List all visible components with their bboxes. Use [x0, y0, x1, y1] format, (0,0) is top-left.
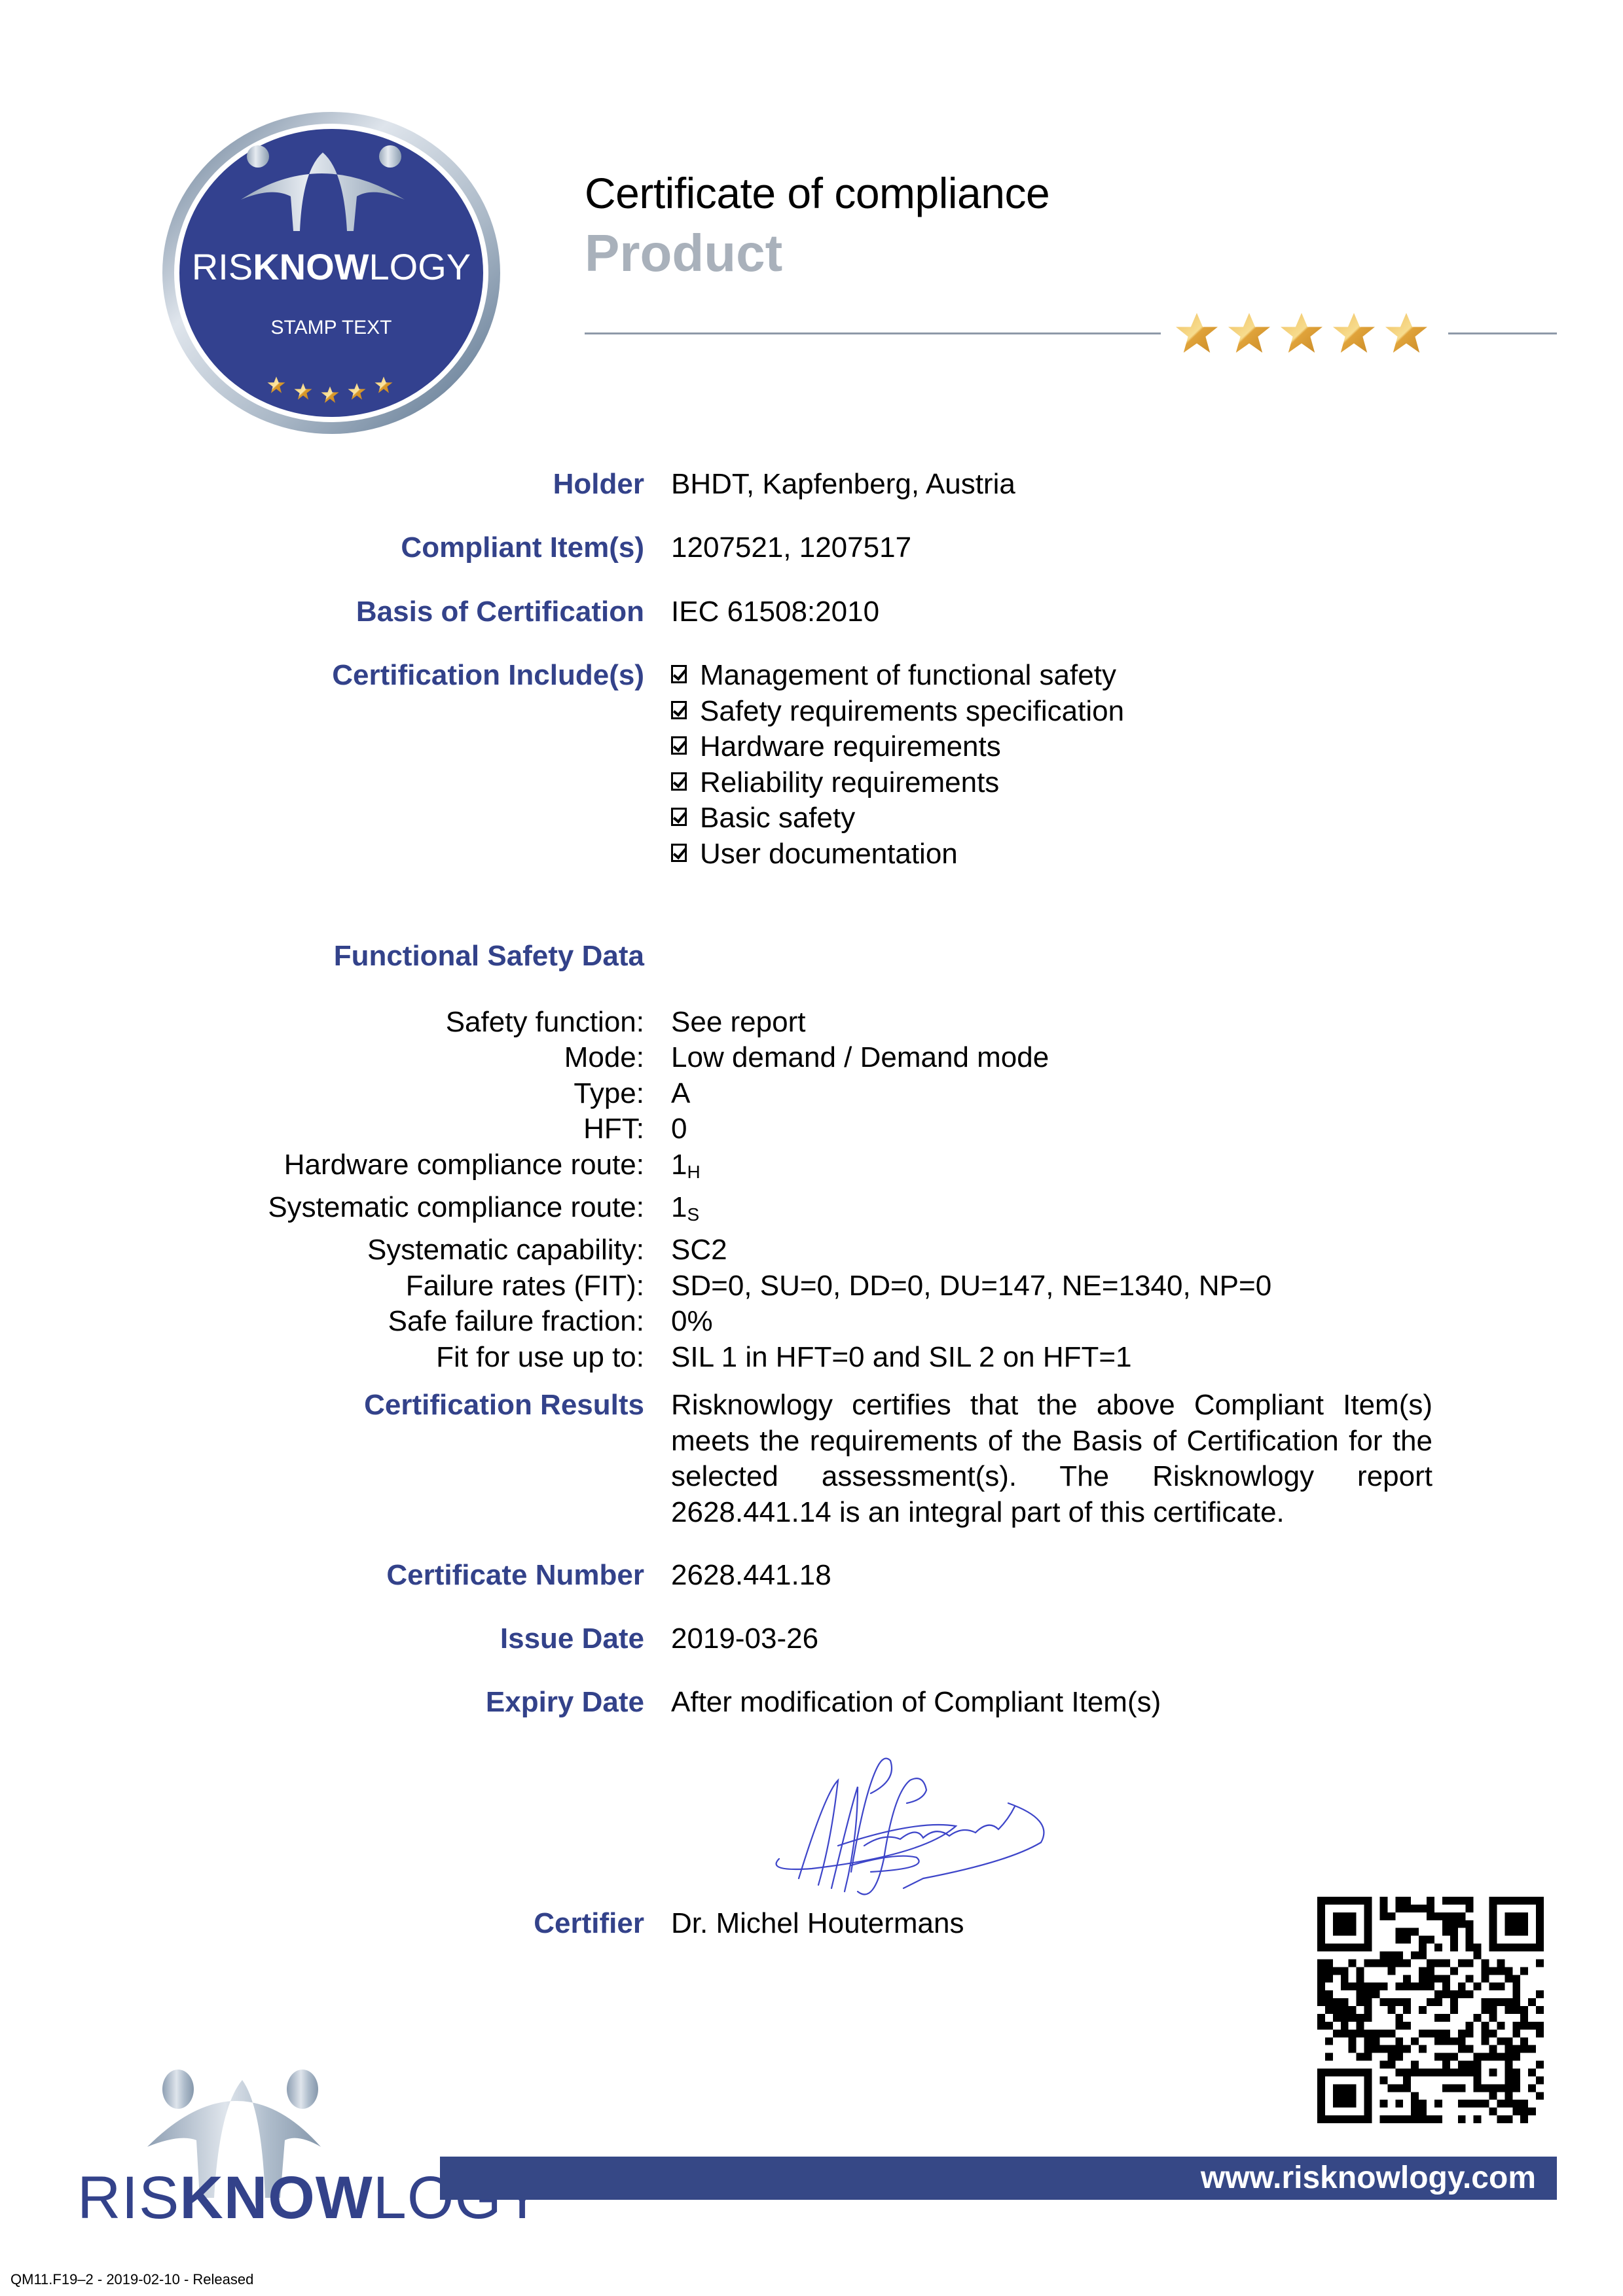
expiry-date-row: Expiry Date After modification of Compli…	[0, 1685, 1623, 1720]
includes-item-label: Hardware requirements	[700, 729, 1001, 765]
functional-safety-value: A	[671, 1076, 690, 1111]
checked-box-icon	[671, 772, 687, 791]
signature-scribble-icon	[759, 1741, 1074, 1905]
compliant-items-row: Compliant Item(s) 1207521, 1207517	[0, 530, 1623, 565]
issue-date-label: Issue Date	[0, 1621, 644, 1657]
includes-item-label: Safety requirements specification	[700, 694, 1124, 730]
includes-item: Management of functional safety	[671, 658, 1124, 694]
qr-code[interactable]	[1317, 1897, 1544, 2123]
includes-item-label: Reliability requirements	[700, 765, 999, 801]
checked-box-icon	[671, 665, 687, 683]
functional-safety-key: HFT:	[0, 1111, 644, 1147]
functional-safety-row: Systematic compliance route:1S	[0, 1190, 1271, 1232]
basis-value: IEC 61508:2010	[671, 594, 879, 630]
title-block: Certificate of compliance Product	[585, 167, 1049, 283]
includes-item: User documentation	[671, 836, 1124, 872]
functional-safety-row: Systematic capability:SC2	[0, 1232, 1271, 1268]
includes-item-label: User documentation	[700, 836, 958, 872]
includes-item: Hardware requirements	[671, 729, 1124, 765]
results-value: Risknowlogy certifies that the above Com…	[671, 1388, 1432, 1530]
svg-text:RISKNOWLOGY: RISKNOWLOGY	[192, 246, 471, 287]
includes-checklist: Management of functional safetySafety re…	[671, 658, 1124, 872]
header-divider-left	[585, 332, 1161, 334]
issue-date-value: 2019-03-26	[671, 1621, 818, 1657]
includes-item: Basic safety	[671, 800, 1124, 836]
star-icon	[1280, 312, 1323, 355]
functional-safety-key: Mode:	[0, 1040, 644, 1075]
certifier-label: Certifier	[0, 1906, 644, 1941]
certificate-title: Certificate of compliance	[585, 167, 1049, 219]
star-icon	[1228, 312, 1271, 355]
website-banner: www.risknowlogy.com	[440, 2157, 1557, 2200]
functional-safety-value: Low demand / Demand mode	[671, 1040, 1049, 1075]
functional-safety-heading: Functional Safety Data	[0, 939, 644, 974]
seal-graphic: RISKNOWLOGY STAMP TEXT	[157, 108, 505, 439]
functional-safety-value: 0%	[671, 1304, 713, 1339]
includes-label: Certification Include(s)	[0, 658, 644, 693]
star-icon	[1175, 312, 1218, 355]
checked-box-icon	[671, 808, 687, 826]
expiry-date-value: After modification of Compliant Item(s)	[671, 1685, 1161, 1720]
includes-item-label: Basic safety	[700, 800, 855, 836]
functional-safety-key: Type:	[0, 1076, 644, 1111]
functional-safety-row: Type:A	[0, 1076, 1271, 1111]
functional-safety-key: Systematic compliance route:	[0, 1190, 644, 1232]
certifier-signature	[759, 1741, 1074, 1905]
risknowlogy-seal: RISKNOWLOGY STAMP TEXT	[157, 108, 505, 439]
star-icon	[1385, 312, 1428, 355]
includes-item: Safety requirements specification	[671, 694, 1124, 730]
holder-label: Holder	[0, 467, 644, 502]
certificate-number-row: Certificate Number 2628.441.18	[0, 1558, 1623, 1593]
certificate-number-value: 2628.441.18	[671, 1558, 831, 1593]
includes-item: Reliability requirements	[671, 765, 1124, 801]
expiry-date-label: Expiry Date	[0, 1685, 644, 1720]
functional-safety-key: Safe failure fraction:	[0, 1304, 644, 1339]
functional-safety-key: Fit for use up to:	[0, 1340, 644, 1375]
functional-safety-value: SD=0, SU=0, DD=0, DU=147, NE=1340, NP=0	[671, 1268, 1271, 1304]
compliant-items-label: Compliant Item(s)	[0, 530, 644, 565]
compliant-items-value: 1207521, 1207517	[671, 530, 911, 565]
functional-safety-row: Safety function:See report	[0, 1005, 1271, 1040]
functional-safety-key: Safety function:	[0, 1005, 644, 1040]
includes-row: Certification Include(s) Management of f…	[0, 658, 1623, 693]
functional-safety-key: Hardware compliance route:	[0, 1147, 644, 1190]
functional-safety-value: 1S	[671, 1190, 699, 1232]
star-icon	[1332, 312, 1376, 355]
rating-stars	[1175, 312, 1437, 355]
functional-safety-row: Safe failure fraction:0%	[0, 1304, 1271, 1339]
stamp-text: STAMP TEXT	[270, 317, 392, 338]
holder-value: BHDT, Kapfenberg, Austria	[671, 467, 1015, 502]
checked-box-icon	[671, 701, 687, 719]
certificate-number-label: Certificate Number	[0, 1558, 644, 1593]
includes-item-label: Management of functional safety	[700, 658, 1116, 694]
basis-row: Basis of Certification IEC 61508:2010	[0, 594, 1623, 630]
functional-safety-row: HFT:0	[0, 1111, 1271, 1147]
functional-safety-table: Safety function:See reportMode:Low deman…	[0, 1005, 1271, 1375]
functional-safety-row: Mode:Low demand / Demand mode	[0, 1040, 1271, 1075]
issue-date-row: Issue Date 2019-03-26	[0, 1621, 1623, 1657]
results-label: Certification Results	[0, 1388, 644, 1423]
functional-safety-key: Failure rates (FIT):	[0, 1268, 644, 1304]
header-divider-right	[1448, 332, 1557, 334]
functional-safety-value: SIL 1 in HFT=0 and SIL 2 on HFT=1	[671, 1340, 1132, 1375]
certifier-value: Dr. Michel Houtermans	[671, 1906, 964, 1941]
functional-safety-key: Systematic capability:	[0, 1232, 644, 1268]
functional-safety-row: Failure rates (FIT):SD=0, SU=0, DD=0, DU…	[0, 1268, 1271, 1304]
functional-safety-row: Hardware compliance route:1H	[0, 1147, 1271, 1190]
functional-safety-row: Fit for use up to:SIL 1 in HFT=0 and SIL…	[0, 1340, 1271, 1375]
functional-safety-value: See report	[671, 1005, 805, 1040]
checked-box-icon	[671, 736, 687, 755]
functional-safety-value: 1H	[671, 1147, 701, 1190]
checked-box-icon	[671, 844, 687, 862]
functional-safety-value: 0	[671, 1111, 687, 1147]
functional-safety-value: SC2	[671, 1232, 727, 1268]
document-reference: QM11.F19–2 - 2019-02-10 - Released	[10, 2271, 253, 2288]
certificate-type: Product	[585, 223, 1049, 283]
basis-label: Basis of Certification	[0, 594, 644, 630]
holder-row: Holder BHDT, Kapfenberg, Austria	[0, 467, 1623, 502]
website-link[interactable]: www.risknowlogy.com	[1201, 2159, 1536, 2197]
functional-safety-heading-row: Functional Safety Data	[0, 939, 1623, 974]
